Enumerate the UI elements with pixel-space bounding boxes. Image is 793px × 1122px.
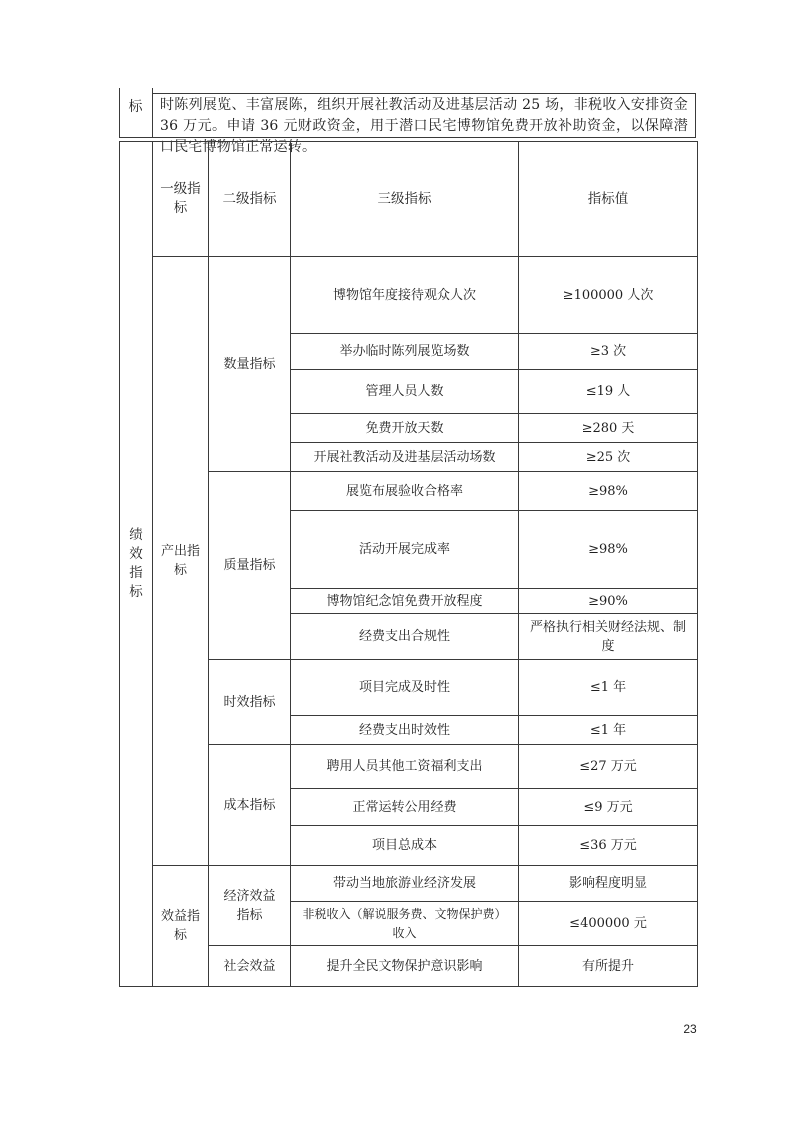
document-page: 标 时陈列展览、丰富展陈，组织开展社教活动及进基层活动 25 场，非税收入安排资…	[0, 0, 793, 1122]
indicator-cell: 举办临时陈列展览场数	[291, 334, 519, 370]
indicator-cell: 活动开展完成率	[291, 511, 519, 589]
value-cell: ≥25 次	[519, 443, 698, 472]
group-label-performance: 绩 效 指 标	[120, 142, 153, 987]
level2-quantity: 数量指标	[209, 257, 291, 472]
indicator-cell: 博物馆年度接待观众人次	[291, 257, 519, 334]
value-cell: 影响程度明显	[519, 866, 698, 902]
header-level3: 三级指标	[291, 142, 519, 257]
value-cell: ≥98%	[519, 511, 698, 589]
border-line	[695, 93, 696, 137]
border-line	[152, 93, 696, 94]
level1-benefit: 效益指 标	[153, 866, 209, 987]
value-cell: ≤1 年	[519, 660, 698, 716]
value-cell: ≥3 次	[519, 334, 698, 370]
table-row: 产出指 标 数量指标 博物馆年度接待观众人次 ≥100000 人次	[120, 257, 698, 334]
indicator-cell: 聘用人员其他工资福利支出	[291, 745, 519, 789]
indicator-cell: 管理人员人数	[291, 370, 519, 414]
indicator-cell: 展览布展验收合格率	[291, 472, 519, 511]
value-cell: ≤9 万元	[519, 789, 698, 826]
level2-timeliness: 时效指标	[209, 660, 291, 745]
indicator-cell: 开展社教活动及进基层活动场数	[291, 443, 519, 472]
indicator-cell: 非税收入（解说服务费、文物保护费） 收入	[291, 902, 519, 946]
header-level1: 一级指 标	[153, 142, 209, 257]
level2-social-benefit: 社会效益	[209, 946, 291, 987]
indicator-cell: 免费开放天数	[291, 414, 519, 443]
level2-quality: 质量指标	[209, 472, 291, 660]
value-cell: 严格执行相关财经法规、制 度	[519, 614, 698, 660]
value-cell: ≤19 人	[519, 370, 698, 414]
indicator-table: 绩 效 指 标 一级指 标 二级指标 三级指标 指标值 产出指 标 数量指标 博…	[119, 141, 698, 987]
value-cell: ≤36 万元	[519, 826, 698, 866]
value-cell: ≥100000 人次	[519, 257, 698, 334]
value-cell: ≥98%	[519, 472, 698, 511]
level2-cost: 成本指标	[209, 745, 291, 866]
header-level2: 二级指标	[209, 142, 291, 257]
value-cell: ≤27 万元	[519, 745, 698, 789]
value-cell: ≥280 天	[519, 414, 698, 443]
indicator-cell: 经费支出时效性	[291, 716, 519, 745]
value-cell: 有所提升	[519, 946, 698, 987]
indicator-cell: 经费支出合规性	[291, 614, 519, 660]
value-cell: ≤1 年	[519, 716, 698, 745]
indicator-cell: 博物馆纪念馆免费开放程度	[291, 589, 519, 614]
continued-row-label: 标	[119, 97, 152, 117]
level1-output: 产出指 标	[153, 257, 209, 866]
value-cell: ≥90%	[519, 589, 698, 614]
indicator-cell: 提升全民文物保护意识影响	[291, 946, 519, 987]
indicator-cell: 正常运转公用经费	[291, 789, 519, 826]
page-number: 23	[678, 1022, 702, 1036]
value-cell: ≤400000 元	[519, 902, 698, 946]
level2-economic-benefit: 经济效益 指标	[209, 866, 291, 946]
header-value: 指标值	[519, 142, 698, 257]
border-line	[152, 88, 153, 137]
indicator-cell: 项目完成及时性	[291, 660, 519, 716]
indicator-cell: 项目总成本	[291, 826, 519, 866]
table-row: 效益指 标 经济效益 指标 带动当地旅游业经济发展 影响程度明显	[120, 866, 698, 902]
indicator-cell: 带动当地旅游业经济发展	[291, 866, 519, 902]
